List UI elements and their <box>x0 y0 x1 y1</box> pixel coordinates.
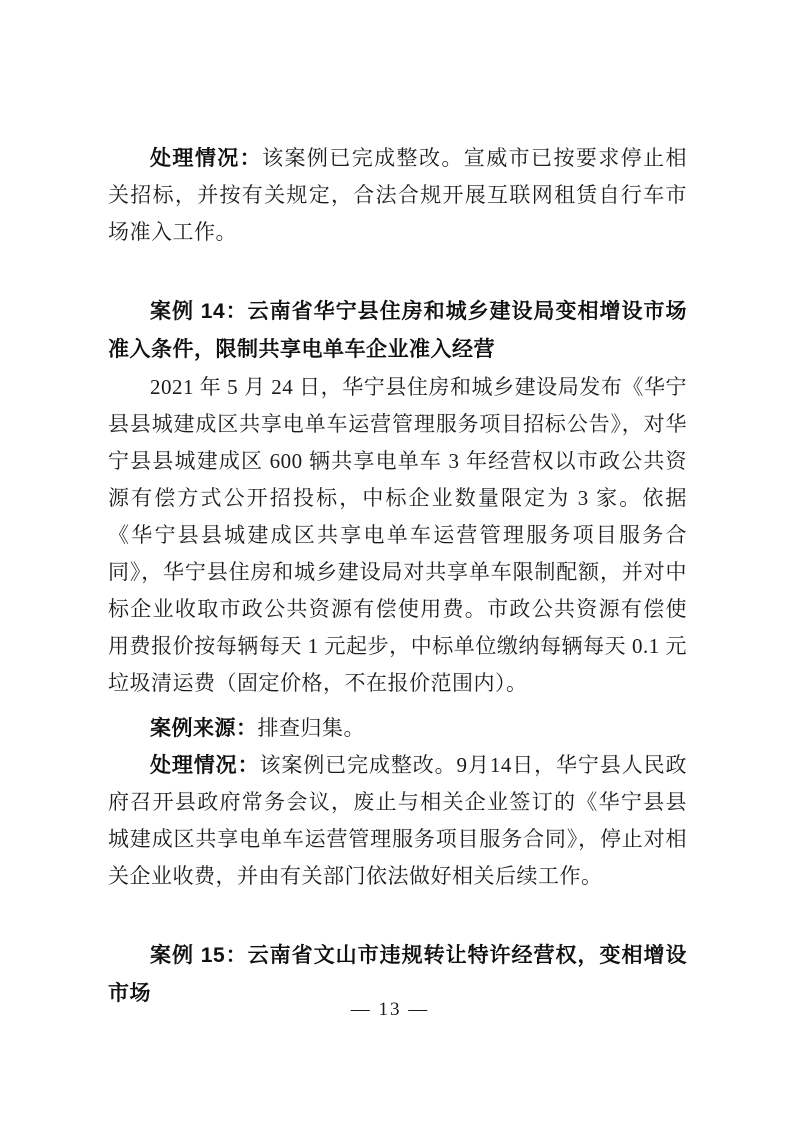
document-content: 处理情况：该案例已完成整改。宣威市已按要求停止相关招标，并按有关规定，合法合规开… <box>108 140 687 1013</box>
document-page: 处理情况：该案例已完成整改。宣威市已按要求停止相关招标，并按有关规定，合法合规开… <box>0 0 793 1122</box>
handling-status-label: 处理情况： <box>150 147 262 170</box>
paragraph-handling-status-case14: 处理情况：该案例已完成整改。9月14日，华宁县人民政府召开县政府常务会议，废止与… <box>108 747 687 895</box>
case-source-text: 排查归集。 <box>258 716 366 740</box>
paragraph-case-source: 案例来源：排查归集。 <box>108 710 687 747</box>
case-source-label: 案例来源： <box>150 717 258 740</box>
paragraph-case-14-description: 2021 年 5 月 24 日，华宁县住房和城乡建设局发布《华宁县县城建成区共享… <box>108 369 687 702</box>
case-14-heading: 案例 14：云南省华宁县住房和城乡建设局变相增设市场准入条件，限制共享电单车企业… <box>108 293 687 369</box>
paragraph-handling-status-case13: 处理情况：该案例已完成整改。宣威市已按要求停止相关招标，并按有关规定，合法合规开… <box>108 140 687 251</box>
page-number: — 13 — <box>0 998 780 1022</box>
handling-status-label-2: 处理情况： <box>150 754 259 777</box>
